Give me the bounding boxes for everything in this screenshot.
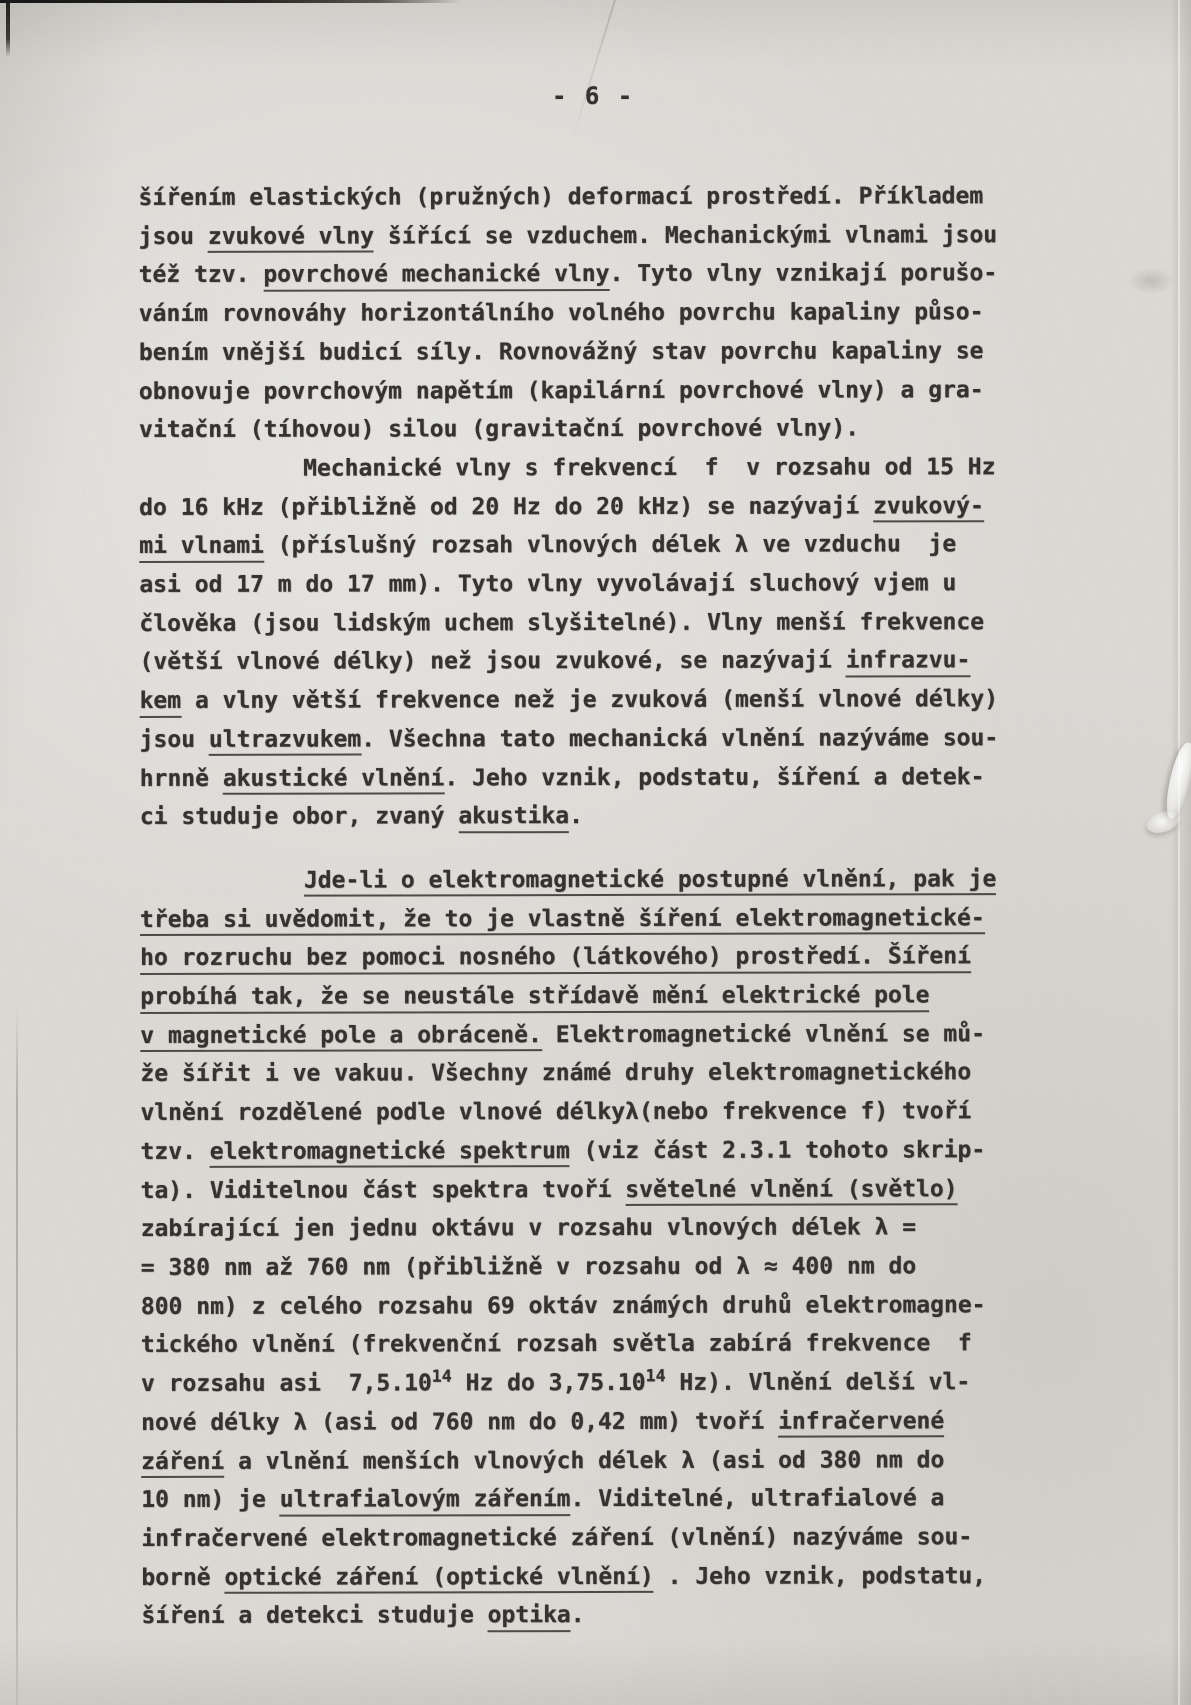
text-segment: . Jeho vznik, podstatu,: [654, 1563, 986, 1590]
text-segment: ta). Viditelnou část spektra tvoří: [141, 1177, 626, 1204]
text-line: probíhá tak, že se neustále střídavě měn…: [140, 976, 1060, 1017]
text-segment: obnovuje povrchovým napětím (kapilární p…: [139, 377, 984, 405]
text-segment: (větší vlnové délky) než jsou zvukové, s…: [139, 648, 845, 675]
text-segment: Hz). Vlnění delší vl-: [666, 1369, 971, 1396]
underlined-term: infrazvu-: [846, 648, 971, 678]
text-segment: .: [571, 1602, 585, 1628]
underlined-term: ultrafialovým zářením: [280, 1486, 571, 1516]
text-segment: hrnně: [140, 765, 223, 791]
superscript-exponent: 14: [432, 1367, 452, 1386]
text-segment: .: [569, 803, 583, 829]
text-segment: jsou: [140, 727, 209, 753]
scan-artifact-right-edge-shadow: [1175, 0, 1191, 1705]
scan-artifact-left-crease: [16, 1005, 18, 1705]
underlined-term: povrchové mechanické vlny: [263, 261, 609, 291]
text-segment: (viz část 2.3.1 tohoto skrip-: [570, 1137, 985, 1164]
underlined-term: ultrazvukem: [209, 726, 361, 756]
text-segment: šířící se vzduchem. Mechanickými vlnami …: [374, 222, 997, 249]
text-line: bením vnější budicí síly. Rovnovážný sta…: [139, 332, 1059, 373]
superscript-exponent: 14: [646, 1366, 666, 1385]
text-segment: Mechanické vlny s frekvencí f v rozsahu …: [303, 454, 995, 481]
text-segment: = 380 nm až 760 nm (přibližně v rozsahu …: [141, 1253, 917, 1281]
text-line: jsou ultrazvukem. Všechna tato mechanick…: [140, 719, 1060, 760]
text-segment: infračervené elektromagnetické záření (v…: [141, 1524, 972, 1552]
text-line: infračervené elektromagnetické záření (v…: [141, 1518, 1061, 1559]
text-line: obnovuje povrchovým napětím (kapilární p…: [139, 371, 1059, 412]
scan-artifact-top-crease: [570, 0, 616, 144]
text-line: šířením elastických (pružných) deformací…: [138, 177, 1058, 218]
text-line: nové délky λ (asi od 760 nm do 0,42 mm) …: [141, 1402, 1061, 1443]
text-line: 800 nm) z celého rozsahu 69 oktáv známýc…: [141, 1286, 1061, 1327]
text-segment: bením vnější budicí síly. Rovnovážný sta…: [139, 338, 984, 366]
text-line: kem a vlny větší frekvence než je zvukov…: [140, 680, 1060, 721]
text-segment: nové délky λ (asi od 760 nm do 0,42 mm) …: [141, 1408, 778, 1435]
underlined-term: optika: [488, 1602, 571, 1632]
text-segment: zabírající jen jednu oktávu v rozsahu vl…: [141, 1215, 917, 1243]
text-line: tického vlnění (frekvenční rozsah světla…: [141, 1324, 1061, 1365]
scan-artifact-top-edge: [0, 0, 462, 3]
text-segment: šíření a detekci studuje: [141, 1603, 487, 1630]
underlined-term: kem: [140, 688, 182, 718]
text-segment: člověka (jsou lidským uchem slyšitelné).…: [139, 609, 984, 637]
text-line: člověka (jsou lidským uchem slyšitelné).…: [139, 603, 1059, 644]
text-line: asi od 17 m do 17 mm). Tyto vlny vyvoláv…: [139, 564, 1059, 605]
text-line: v rozsahu asi 7,5.1014 Hz do 3,75.1014 H…: [141, 1363, 1061, 1404]
text-segment: borně: [141, 1564, 224, 1590]
text-line: hrnně akustické vlnění. Jeho vznik, pods…: [140, 758, 1060, 799]
underlined-term: v magnetické pole a obráceně.: [140, 1022, 542, 1052]
document-text: šířením elastických (pružných) deformací…: [138, 177, 1061, 1636]
text-line: třeba si uvědomit, že to je vlastně šíře…: [140, 899, 1060, 940]
text-segment: že šířit i ve vakuu. Všechny známé druhy…: [140, 1060, 971, 1088]
scan-artifact-paper-curl: [1162, 741, 1191, 821]
text-segment: a vlnění menších vlnových délek λ (asi o…: [224, 1447, 944, 1475]
text-segment: tického vlnění (frekvenční rozsah světla…: [141, 1331, 972, 1359]
underlined-term: infračervené: [778, 1408, 944, 1438]
text-segment: . Jeho vznik, podstatu, šíření a detek-: [444, 764, 984, 791]
underlined-term: probíhá tak, že se neustále střídavě měn…: [140, 982, 929, 1013]
text-line: ho rozruchu bez pomoci nosného (látkovéh…: [140, 937, 1060, 978]
scan-artifact-corner-mark: [6, 0, 10, 57]
underlined-term: zvukový-: [873, 493, 984, 523]
text-segment: váním rovnováhy horizontálního volného p…: [139, 299, 984, 327]
underlined-term: akustika: [458, 803, 569, 833]
text-line: šíření a detekci studuje optika.: [141, 1595, 1061, 1636]
text-segment: tzv.: [140, 1139, 209, 1165]
text-segment: vlnění rozdělené podle vlnové délkyλ(neb…: [140, 1098, 971, 1126]
text-line: váním rovnováhy horizontálního volného p…: [139, 293, 1059, 334]
text-line: ci studuje obor, zvaný akustika.: [140, 796, 1060, 837]
underlined-term: zvukové vlny: [208, 223, 374, 253]
underlined-term: ho rozruchu bez pomoci nosného (látkovéh…: [140, 944, 971, 975]
scan-artifact-smudge: [1128, 268, 1174, 294]
text-segment: (příslušný rozsah vlnových délek λ ve vz…: [264, 532, 956, 559]
text-line: (větší vlnové délky) než jsou zvukové, s…: [139, 641, 1059, 682]
text-line: Mechanické vlny s frekvencí f v rozsahu …: [139, 448, 1059, 489]
text-segment: ci studuje obor, zvaný: [140, 804, 459, 831]
scan-artifact-paper-curl-small: [1144, 807, 1183, 837]
underlined-term: akustické vlnění: [223, 765, 445, 795]
text-line: v magnetické pole a obráceně. Elektromag…: [140, 1015, 1060, 1056]
text-segment: vitační (tíhovou) silou (gravitační povr…: [139, 416, 859, 444]
underlined-term: elektromagnetické spektrum: [210, 1138, 570, 1168]
text-line: záření a vlnění menších vlnových délek λ…: [141, 1441, 1061, 1482]
text-segment: a vlny větší frekvence než je zvuková (m…: [181, 686, 998, 714]
text-segment: do 16 kHz (přibližně od 20 Hz do 20 kHz)…: [139, 493, 873, 521]
text-line: též tzv. povrchové mechanické vlny. Tyto…: [139, 254, 1059, 295]
underlined-term: Jde-li o elektromagnetické postupné vlně…: [304, 866, 996, 897]
text-line: že šířit i ve vakuu. Všechny známé druhy…: [140, 1054, 1060, 1095]
text-line: ta). Viditelnou část spektra tvoří světe…: [141, 1170, 1061, 1211]
underlined-term: třeba si uvědomit, že to je vlastně šíře…: [140, 905, 985, 936]
text-line: mi vlnami (příslušný rozsah vlnových dél…: [139, 525, 1059, 566]
text-line: 10 nm) je ultrafialovým zářením. Viditel…: [141, 1479, 1061, 1520]
text-line: vlnění rozdělené podle vlnové délkyλ(neb…: [140, 1092, 1060, 1133]
text-line: jsou zvukové vlny šířící se vzduchem. Me…: [139, 216, 1059, 257]
text-segment: . Viditelné, ultrafialové a: [570, 1485, 944, 1512]
underlined-term: záření: [141, 1448, 224, 1478]
text-segment: . Všechna tato mechanická vlnění nazývám…: [361, 725, 998, 752]
text-segment: 10 nm) je: [141, 1487, 280, 1513]
page-number: - 6 -: [552, 82, 634, 110]
text-segment: šířením elastických (pružných) deformací…: [138, 183, 983, 211]
text-segment: též tzv.: [139, 262, 264, 288]
scan-artifact-right-fold: [1178, 0, 1180, 1705]
text-segment: asi od 17 m do 17 mm). Tyto vlny vyvoláv…: [139, 570, 956, 598]
text-line: tzv. elektromagnetické spektrum (viz čás…: [140, 1131, 1060, 1172]
text-segment: Hz do 3,75.10: [452, 1370, 646, 1396]
text-line: zabírající jen jednu oktávu v rozsahu vl…: [141, 1208, 1061, 1249]
text-segment: jsou: [139, 224, 208, 250]
text-line: vitační (tíhovou) silou (gravitační povr…: [139, 409, 1059, 450]
text-line: Jde-li o elektromagnetické postupné vlně…: [140, 860, 1060, 901]
text-segment: v rozsahu asi 7,5.10: [141, 1370, 432, 1397]
text-line: borně optické záření (optické vlnění) . …: [141, 1557, 1061, 1598]
text-segment: . Tyto vlny vznikají porušo-: [609, 261, 997, 288]
underlined-term: světelné vlnění (světlo): [625, 1176, 957, 1206]
underlined-term: mi vlnami: [139, 533, 264, 563]
text-line: do 16 kHz (přibližně od 20 Hz do 20 kHz)…: [139, 487, 1059, 528]
underlined-term: optické záření (optické vlnění): [224, 1563, 653, 1593]
scanned-document-page: - 6 - šířením elastických (pružných) def…: [0, 0, 1191, 1705]
text-segment: Elektromagnetické vlnění se mů-: [542, 1021, 985, 1048]
text-segment: 800 nm) z celého rozsahu 69 oktáv známýc…: [141, 1292, 986, 1320]
text-line: = 380 nm až 760 nm (přibližně v rozsahu …: [141, 1247, 1061, 1288]
